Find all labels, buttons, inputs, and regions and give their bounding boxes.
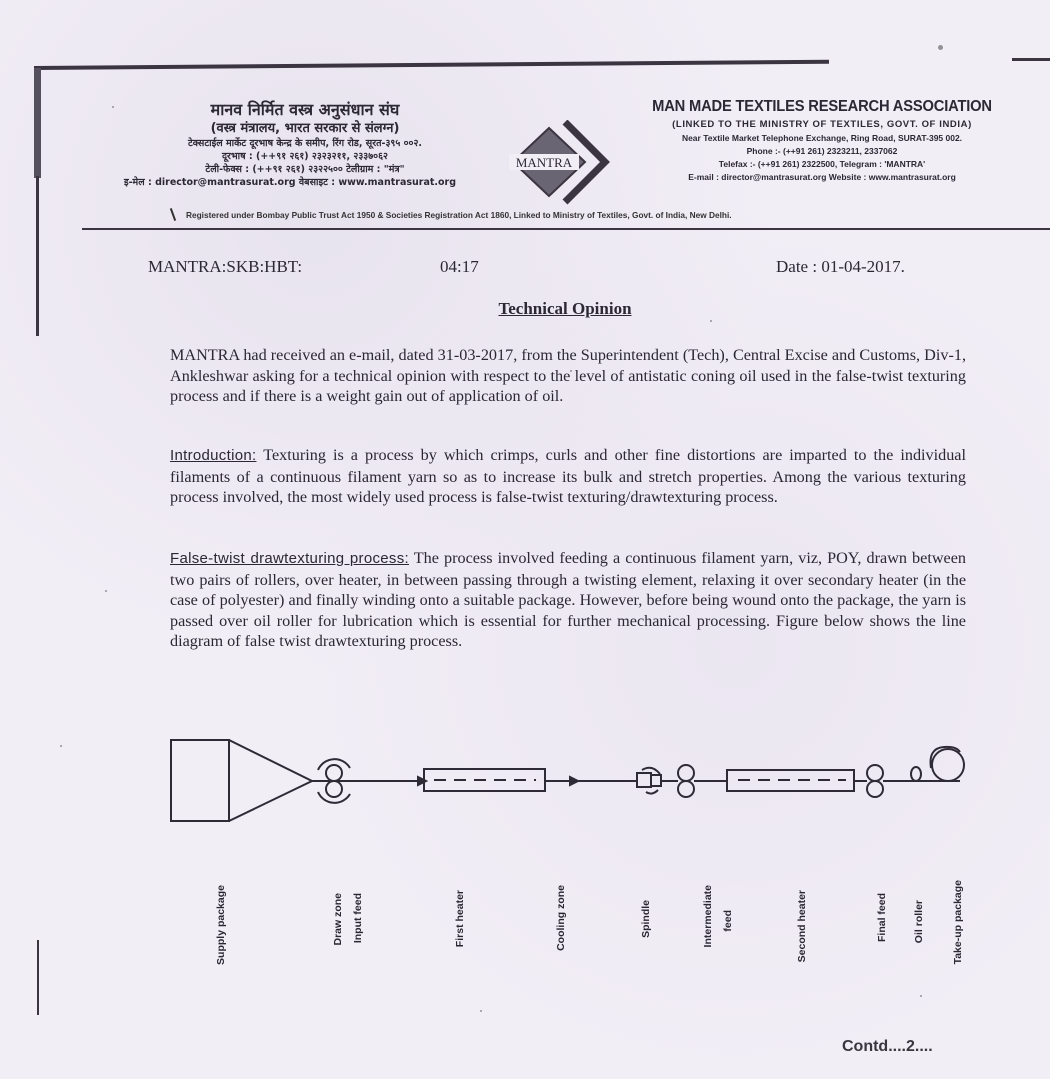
process-heading: False-twist drawtexturing process:	[170, 550, 409, 567]
label-second-heater: Second heater	[796, 890, 808, 962]
registration-note: Registered under Bombay Public Trust Act…	[186, 210, 732, 220]
scan-speckle	[938, 45, 943, 50]
label-supply-package: Supply package	[215, 885, 227, 965]
letterhead-top-rule	[34, 60, 829, 70]
document-title: Technical Opinion	[0, 299, 1050, 319]
paragraph-process: False-twist drawtexturing process: The p…	[170, 548, 966, 652]
letterhead-bottom-rule	[82, 228, 1050, 230]
left-margin-bar	[34, 68, 41, 178]
letter-date: Date : 01-04-2017.	[776, 257, 905, 277]
reference-code: MANTRA:SKB:HBT:	[148, 257, 302, 277]
hindi-telefax: टेली-फेक्स : (++९१ २६१) २३२२५०० टेलीग्रा…	[120, 163, 490, 176]
label-take-up-package: Take-up package	[952, 880, 964, 964]
scan-speckle	[105, 590, 107, 592]
english-telefax: Telefax :- (++91 261) 2322500, Telegram …	[632, 158, 1012, 171]
letterhead-top-rule-fragment	[1012, 58, 1050, 61]
label-cooling-zone: Cooling zone	[555, 885, 567, 951]
reference-number: 04:17	[440, 257, 479, 277]
supply-package-shape	[171, 740, 229, 821]
paragraph-request: MANTRA had received an e-mail, dated 31-…	[170, 345, 966, 407]
label-first-heater: First heater	[454, 890, 466, 947]
scan-speckle	[112, 106, 114, 108]
registered-tick-mark	[170, 208, 176, 221]
scan-speckle	[920, 995, 922, 997]
letterhead-english: MAN MADE TEXTILES RESEARCH ASSOCIATION (…	[632, 96, 1012, 184]
scan-speckle	[570, 370, 572, 372]
letterhead-hindi: मानव निर्मित वस्त्र अनुसंधान संघ (वस्त्र…	[120, 100, 490, 189]
hindi-email-web: इ-मेल : director@mantrasurat.org वेबसाइट…	[90, 176, 490, 189]
hindi-linked: (वस्त्र मंत्रालय, भारत सरकार से संलग्न)	[120, 120, 490, 137]
scan-speckle	[480, 1010, 482, 1012]
mantra-logo: MANTRA	[505, 120, 610, 206]
drawtexturing-diagram	[160, 720, 1000, 830]
scan-speckle	[60, 745, 62, 747]
english-email-web: E-mail : director@mantrasurat.org Websit…	[632, 171, 1012, 184]
scan-speckle	[710, 320, 712, 322]
logo-text: MANTRA	[516, 155, 573, 170]
label-input-feed: Input feed	[352, 893, 364, 943]
english-address: Near Textile Market Telephone Exchange, …	[632, 132, 1012, 145]
paragraph-introduction: Introduction: Texturing is a process by …	[170, 445, 966, 508]
left-margin-line-lower	[37, 940, 39, 1015]
continued-note: Contd....2....	[842, 1038, 933, 1056]
label-draw-zone: Draw zone	[332, 893, 344, 946]
label-intermediate: Intermediate	[702, 885, 714, 947]
label-spindle: Spindle	[640, 900, 652, 938]
introduction-heading: Introduction:	[170, 447, 256, 464]
label-oil-roller: Oil roller	[913, 900, 925, 943]
introduction-text: Texturing is a process by which crimps, …	[170, 446, 966, 506]
hindi-phone: दूरभाष : (++९१ २६१) २३२३२११, २३३७०६२	[120, 150, 490, 163]
label-final-feed: Final feed	[876, 893, 888, 942]
hindi-org-name: मानव निर्मित वस्त्र अनुसंधान संघ	[120, 100, 490, 120]
english-linked: (LINKED TO THE MINISTRY OF TEXTILES, GOV…	[632, 118, 1012, 132]
label-intermediate-feed: feed	[722, 910, 734, 932]
english-org-name: MAN MADE TEXTILES RESEARCH ASSOCIATION	[647, 96, 997, 118]
hindi-address: टेक्सटाईल मार्केट दूरभाष केन्द्र के समीप…	[120, 137, 490, 150]
english-phone: Phone :- (++91 261) 2323211, 2337062	[632, 145, 1012, 158]
